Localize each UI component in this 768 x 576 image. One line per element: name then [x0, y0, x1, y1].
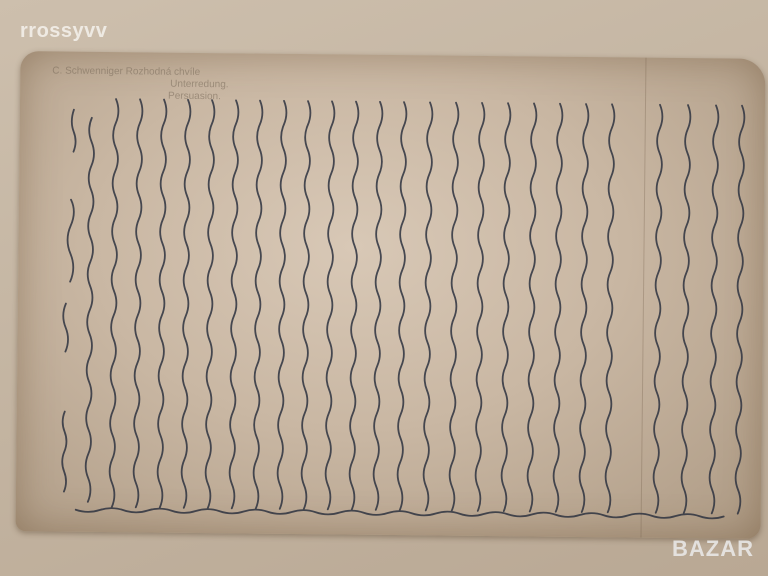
handwritten-text	[16, 51, 766, 539]
site-watermark: BAZAR	[672, 536, 754, 562]
uploader-watermark: rrossyvv	[20, 20, 107, 43]
postcard: C. Schwenniger Rozhodná chvíle Unterredu…	[16, 51, 766, 539]
